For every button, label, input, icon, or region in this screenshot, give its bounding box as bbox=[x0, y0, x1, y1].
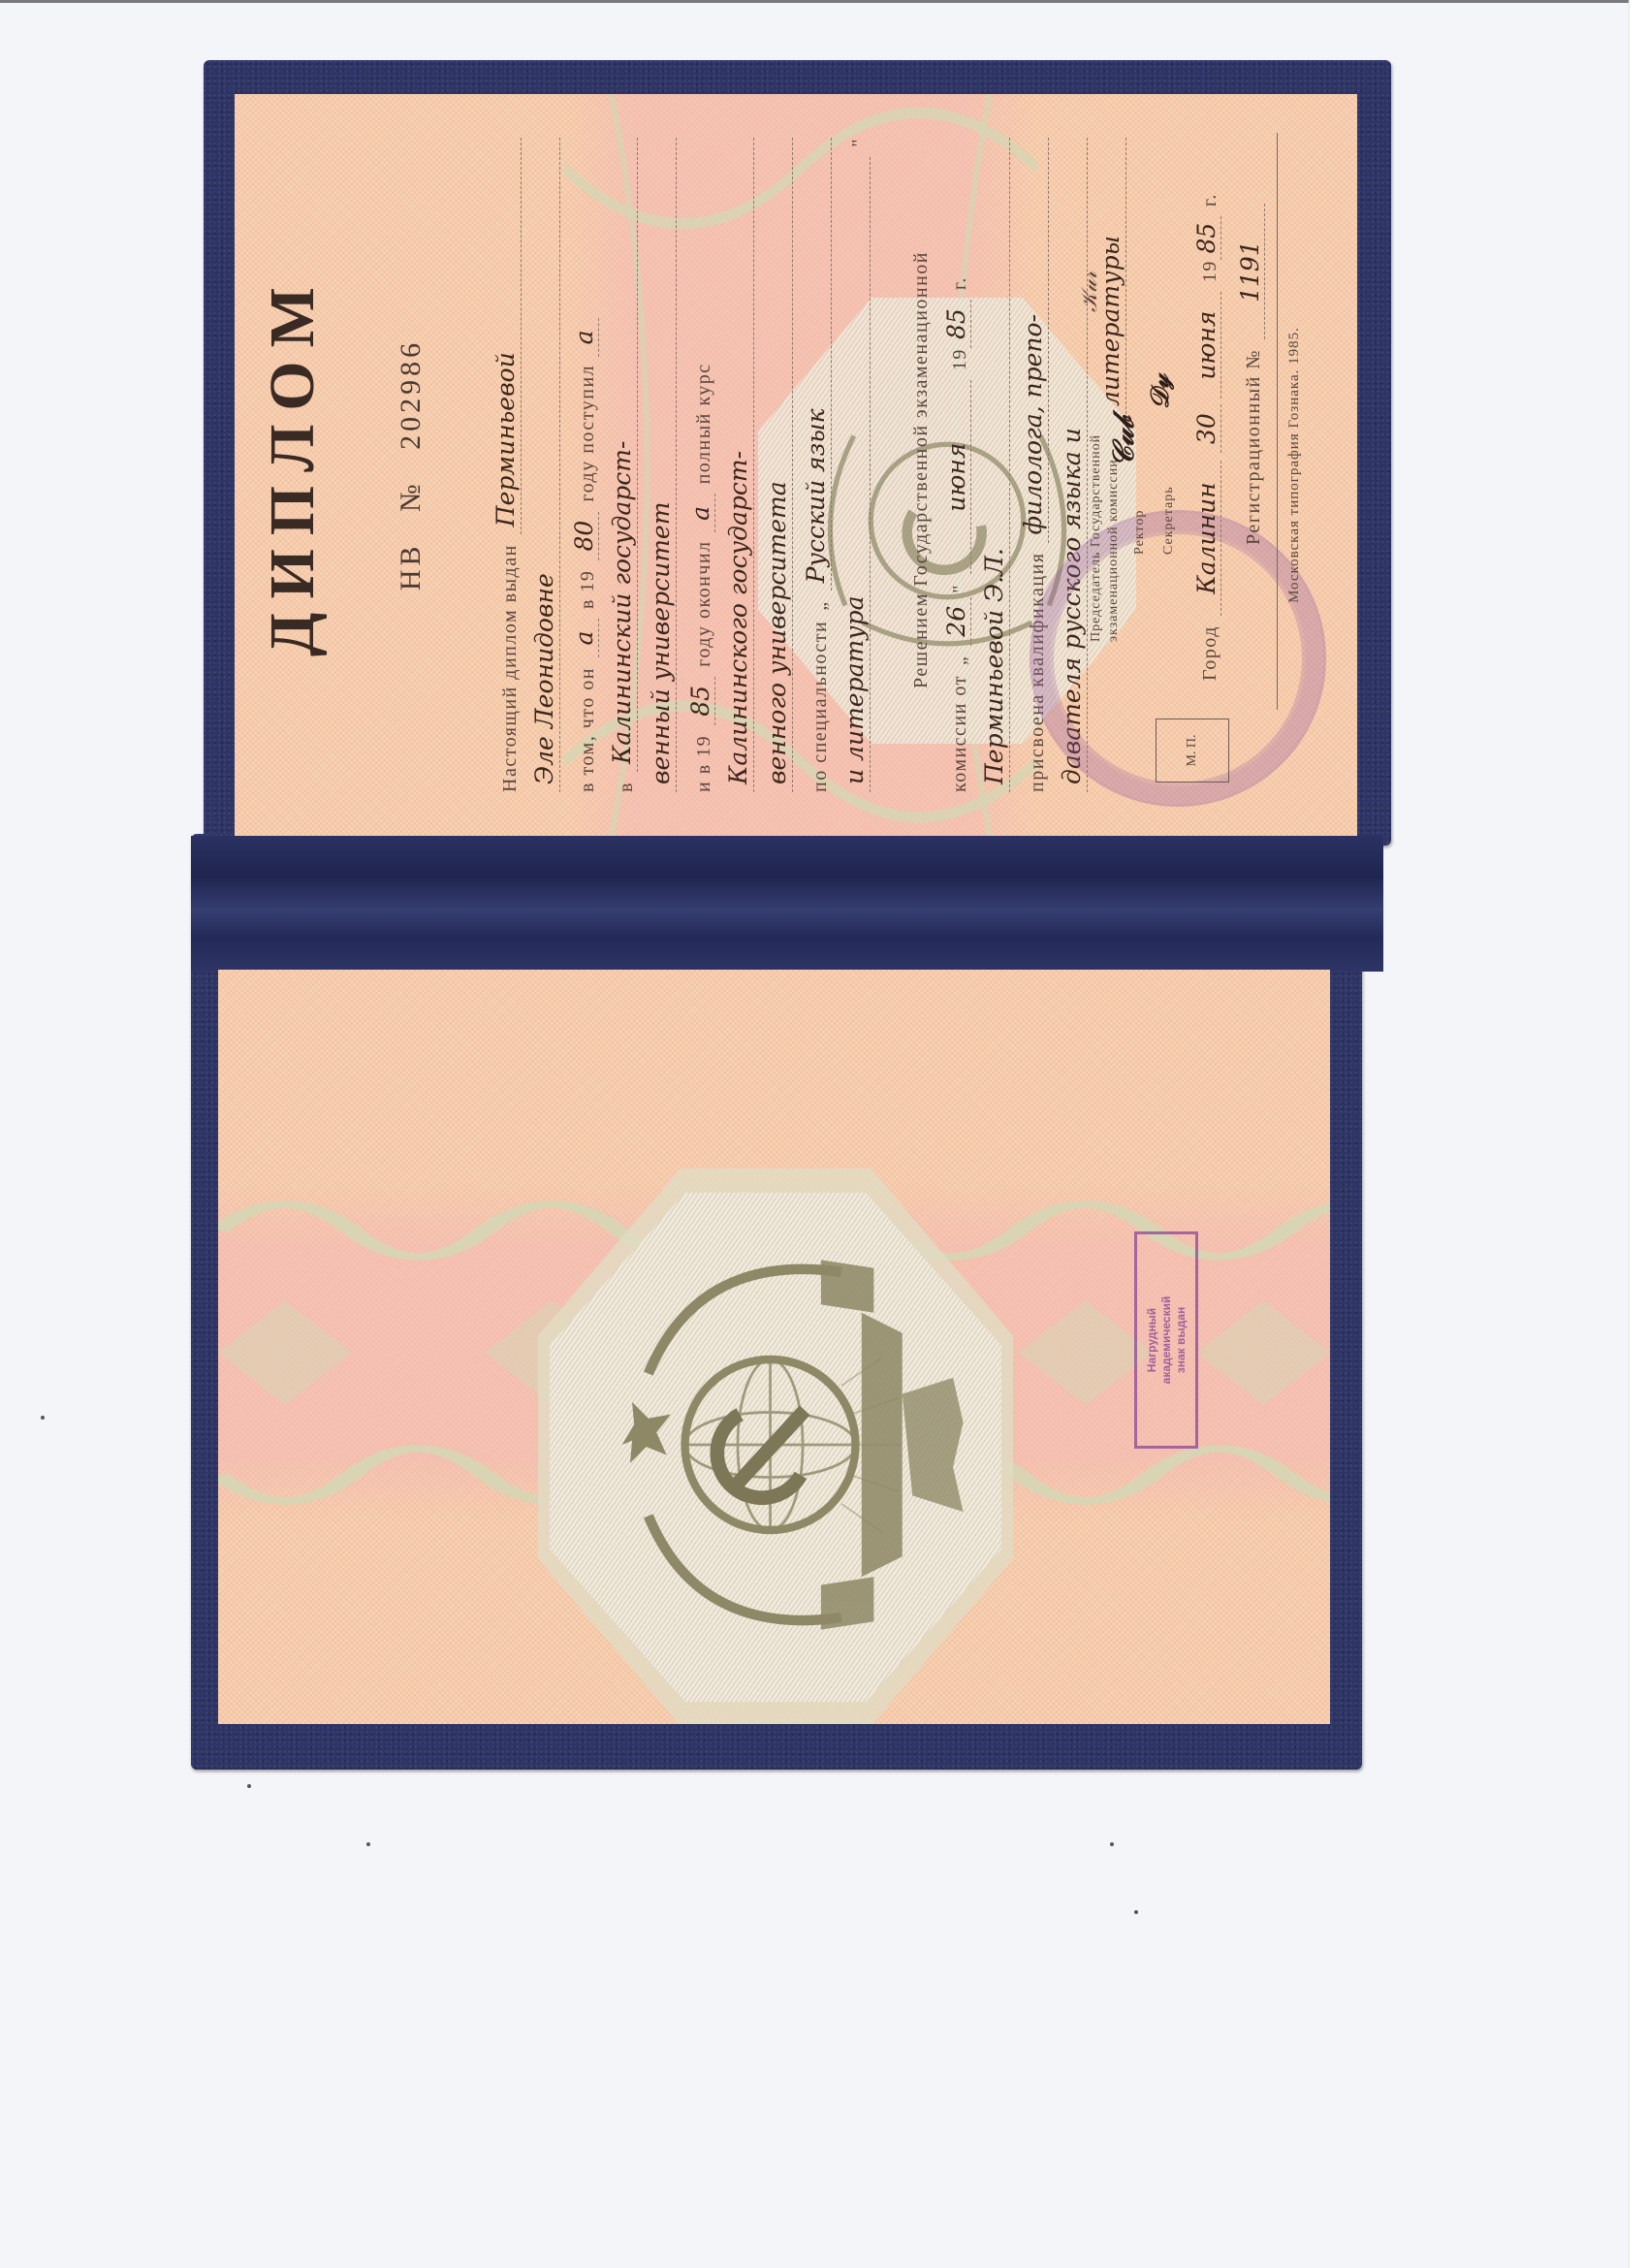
graduation-year: 85 bbox=[686, 677, 715, 725]
dust-speck bbox=[1110, 1842, 1114, 1846]
diploma-text-block: ДИПЛОМ НВ № 202986 Настоящий диплом выда… bbox=[235, 94, 1357, 836]
recipient-surname: Перминьевой bbox=[491, 138, 522, 534]
chairman-signature: 𝒦𝓊𝓇 bbox=[1078, 272, 1102, 312]
dust-speck bbox=[41, 1416, 45, 1420]
seal-place-box: М. П. bbox=[1156, 719, 1229, 783]
printer-imprint: Московская типография Гознака. 1985. bbox=[1286, 94, 1303, 836]
dust-speck bbox=[247, 1784, 251, 1788]
decision-day: 26 bbox=[942, 597, 971, 646]
diploma-title: ДИПЛОМ bbox=[256, 94, 330, 836]
decision-line: Решением Государственной экзаменационной bbox=[896, 138, 933, 792]
specialty-line-2: и литература " bbox=[834, 138, 871, 792]
dust-speck bbox=[366, 1842, 370, 1846]
graduated-institution-line-1: Калининского государст- bbox=[717, 138, 754, 792]
secretary-signature: 𝒟𝓎 bbox=[1146, 374, 1176, 409]
institution-line-1: в Калининский государст- bbox=[601, 138, 638, 792]
qualification: филолога, препо- bbox=[1019, 138, 1049, 543]
admitted-line: в том, что он а в 19 80 году поступил а bbox=[562, 138, 599, 792]
diploma-number: 202986 bbox=[395, 339, 427, 450]
rector-signature: 𝒞𝓊𝒷 bbox=[1107, 417, 1141, 467]
secretary-label: Секретарь bbox=[1161, 486, 1177, 555]
booklet-spine bbox=[191, 836, 1383, 972]
recipient-name: Эле Леонидовне bbox=[530, 138, 560, 792]
scanner-edge bbox=[0, 0, 1648, 3]
scanner-margin bbox=[1629, 0, 1648, 2268]
diploma-page: ДИПЛОМ НВ № 202986 Настоящий диплом выда… bbox=[235, 94, 1357, 836]
commission-date-line: комиссии от „ 26 " июня 19 85 г. bbox=[935, 138, 971, 792]
academic-badge-stamp: Нагрудный академический знак выдан bbox=[1134, 1231, 1198, 1449]
city: Калинин bbox=[1192, 461, 1221, 616]
specialty-line-1: по специальности „ Русский язык bbox=[795, 138, 832, 792]
specialty: Русский язык bbox=[802, 138, 832, 591]
institution: Калининский государст- bbox=[608, 138, 638, 772]
recipient-name-line: Эле Леонидовне bbox=[523, 138, 560, 792]
decision-year: 85 bbox=[942, 300, 971, 348]
number-sign: № bbox=[395, 480, 427, 512]
dust-speck bbox=[1134, 1910, 1138, 1914]
institution-line-2: венный университет bbox=[640, 138, 677, 792]
coat-of-arms-ussr-icon bbox=[577, 1231, 984, 1658]
rector-label: Ректор bbox=[1132, 510, 1148, 555]
admission-year: 80 bbox=[570, 512, 599, 560]
footer-rule bbox=[1277, 133, 1278, 710]
registration-number: 1191 bbox=[1236, 204, 1265, 339]
diploma-serial: НВ № 202986 bbox=[395, 94, 428, 836]
recipient-dative-line: Перминьевой Э.Л. bbox=[973, 138, 1010, 792]
registration-line: Регистрационный № 1191 bbox=[1228, 138, 1265, 545]
graduated-line: и в 19 85 году окончил а полный курс bbox=[679, 138, 715, 792]
issued-to-line: Настоящий диплом выдан Перминьевой bbox=[485, 138, 522, 792]
graduated-institution-line-2: венного университета bbox=[756, 138, 793, 792]
decision-month: июня bbox=[942, 380, 971, 574]
series: НВ bbox=[395, 542, 427, 591]
city-date-line: Город Калинин 30 июня 19 85 г. bbox=[1185, 138, 1221, 681]
emblem-page: Нагрудный академический знак выдан bbox=[218, 970, 1330, 1724]
